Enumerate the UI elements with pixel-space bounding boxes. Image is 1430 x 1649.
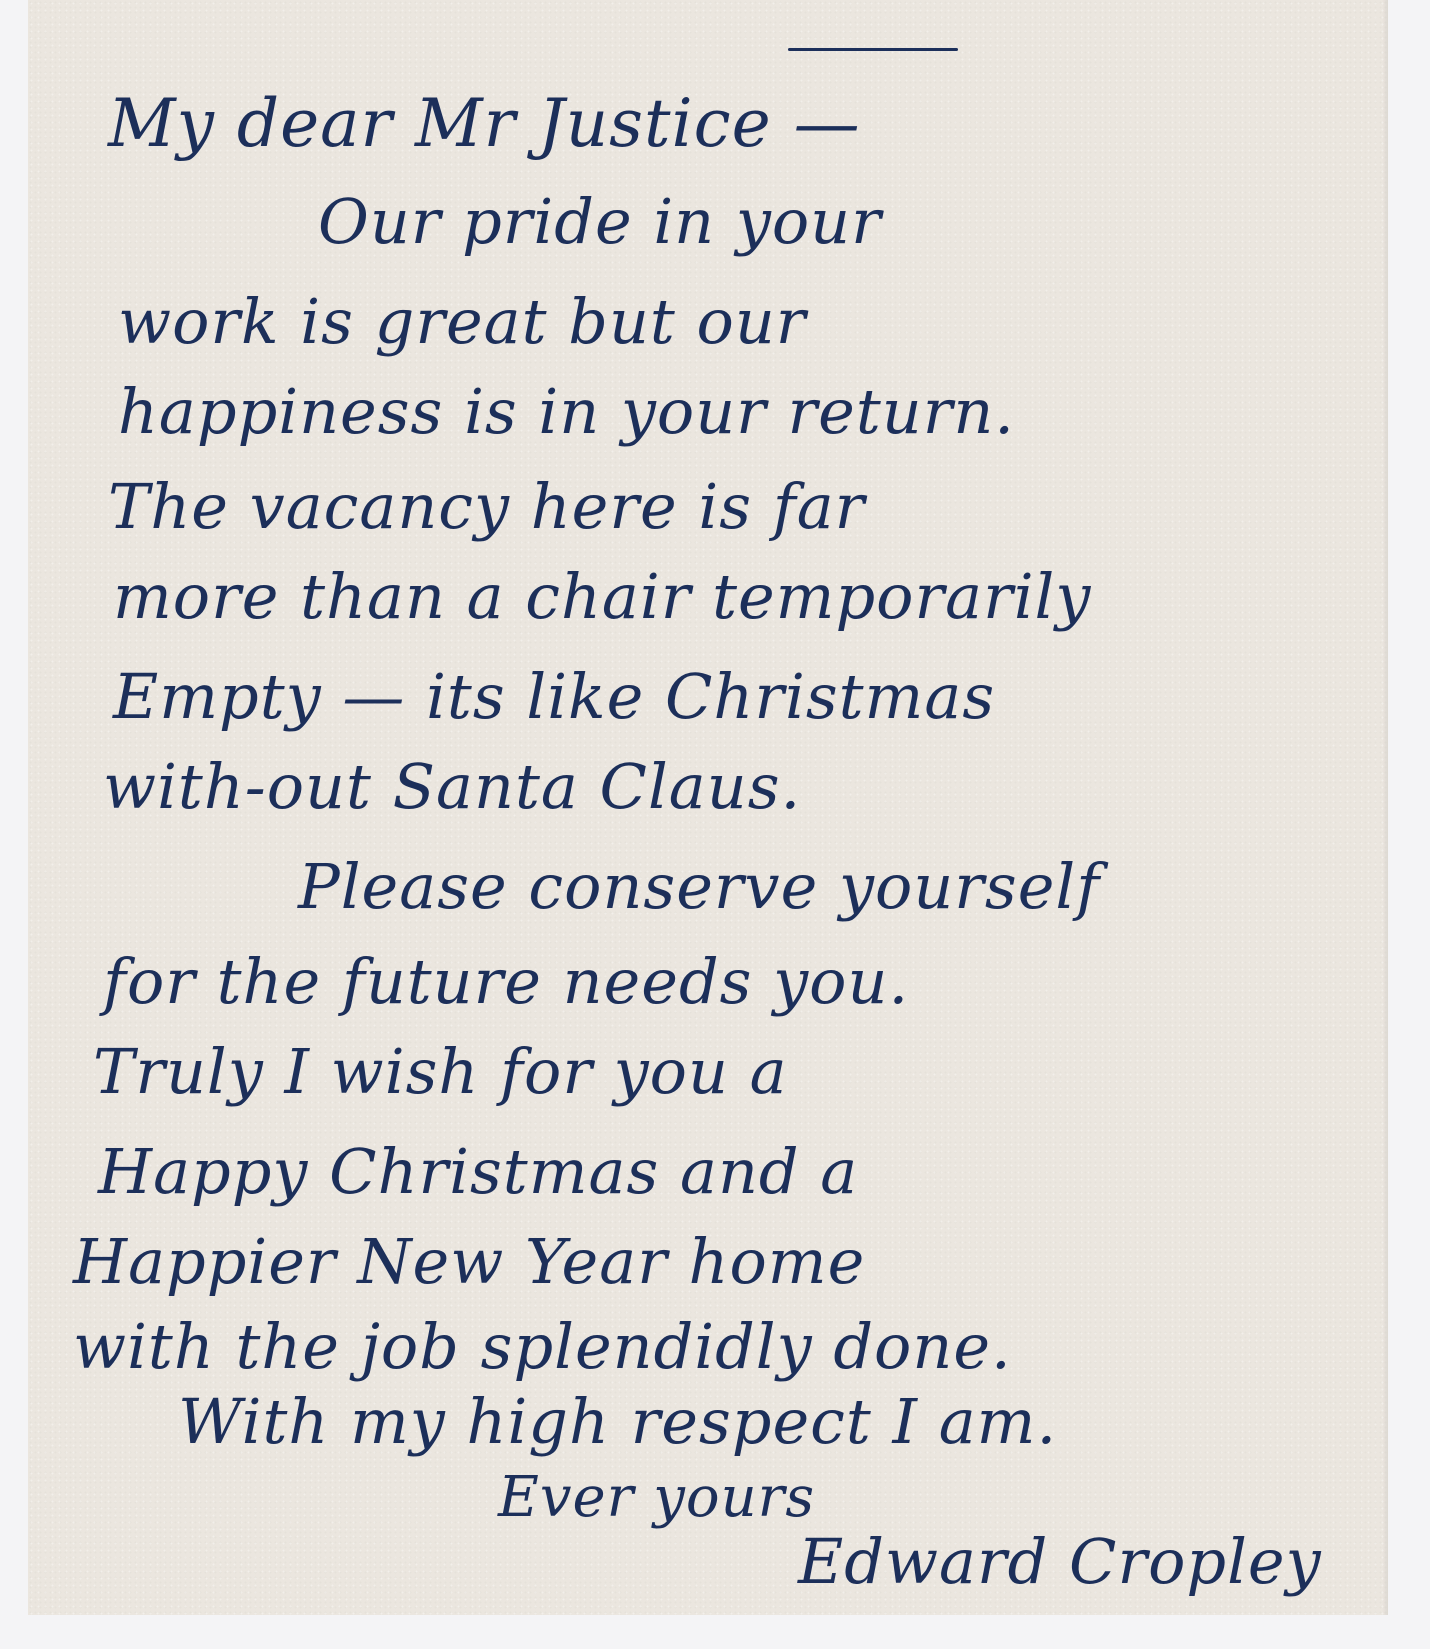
- body-line-12: Happier New Year home: [73, 1225, 865, 1298]
- signature: Edward Cropley: [798, 1525, 1322, 1598]
- body-line-3: happiness is in your return.: [118, 375, 1015, 448]
- body-line-2: work is great but our: [118, 285, 806, 358]
- body-line-14: With my high respect I am.: [178, 1385, 1057, 1458]
- letter-paper: My dear Mr Justice — Our pride in your w…: [28, 0, 1388, 1615]
- body-line-5: more than a chair temporarily: [113, 560, 1091, 633]
- body-line-1: Our pride in your: [318, 185, 882, 258]
- salutation-underline: [788, 48, 958, 51]
- body-line-10: Truly I wish for you a: [93, 1035, 788, 1108]
- body-line-7: with-out Santa Claus.: [103, 750, 801, 823]
- body-line-11: Happy Christmas and a: [98, 1135, 858, 1208]
- salutation: My dear Mr Justice —: [108, 85, 861, 162]
- body-line-9: for the future needs you.: [103, 945, 909, 1018]
- body-line-8: Please conserve yourself: [298, 850, 1100, 923]
- closing: Ever yours: [498, 1465, 815, 1530]
- body-line-13: with the job splendidly done.: [73, 1310, 1012, 1383]
- body-line-4: The vacancy here is far: [108, 470, 865, 543]
- body-line-6: Empty — its like Christmas: [113, 660, 995, 733]
